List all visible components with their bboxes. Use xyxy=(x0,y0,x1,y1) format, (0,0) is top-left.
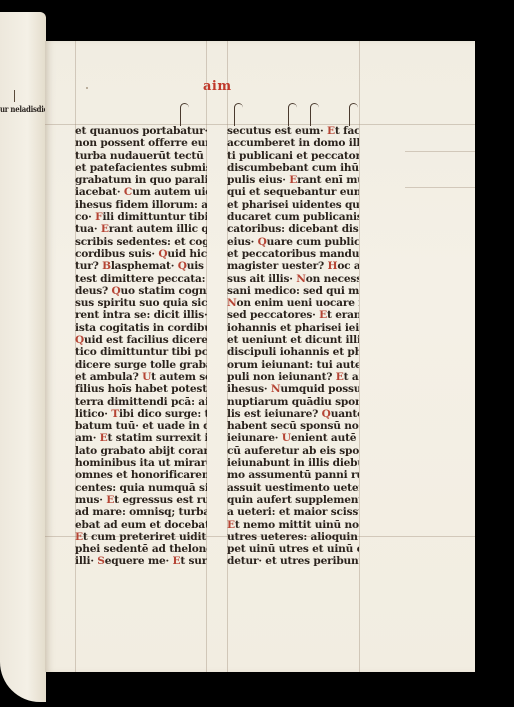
text-line: grabatum in quo paraliticus xyxy=(75,174,207,186)
text-line: sani medico: sed qui male habē· xyxy=(227,285,359,297)
text-line: tico dimittuntur tibi pcā: an xyxy=(75,346,207,358)
text-line: ista cogitatis in cordibus uris? xyxy=(75,322,207,334)
text-line: iacebat· Cum autem uidisset xyxy=(75,186,207,198)
text-line: pulis eius· Erant enī multi xyxy=(227,174,359,186)
text-line: orum ieiunant: tui autem disci xyxy=(227,359,359,371)
text-line: et peccatoribus manducat et bibit xyxy=(227,248,359,260)
ascender-flourish xyxy=(288,103,297,126)
text-line: co· Fili dimittuntur tibi peccata xyxy=(75,211,207,223)
text-line: Non enim ueni uocare iustos: xyxy=(227,297,359,309)
pricking-mark xyxy=(86,87,88,89)
text-line: omnes et honorificarent deū di xyxy=(75,469,207,481)
text-line: cordibus suis· Quid hic sic loq xyxy=(75,248,207,260)
ruling-line-horizontal xyxy=(405,151,475,152)
text-line: sus ait illis· Non necesse habē xyxy=(227,273,359,285)
ascender-flourish xyxy=(310,103,319,126)
text-line: non possent offerre eum illi p̄ xyxy=(75,137,207,149)
text-column-2: secutus est eum· Et factū est cūaccumber… xyxy=(227,125,359,568)
text-line: deus? Quo statim cognito ihe xyxy=(75,285,207,297)
text-column-1: et quanuos portabatur· Et cunon possent … xyxy=(75,125,207,568)
text-line: litico· Tibi dico surge: tolle g xyxy=(75,408,207,420)
text-line: detur· et utres peribunt· Sed ui xyxy=(227,555,359,567)
ascender-flourish xyxy=(234,103,243,126)
text-line: catoribus: dicebant discipulis xyxy=(227,223,359,235)
text-line: am· Et statim surrexit ille: et su xyxy=(75,432,207,444)
text-line: ieiunare· Uenient autē dies xyxy=(227,432,359,444)
text-line: discipuli iohannis et pharisei xyxy=(227,346,359,358)
manuscript-page: aim et quanuos portabatur· Et cunon poss… xyxy=(45,41,475,672)
text-line: secutus est eum· Et factū est cū xyxy=(227,125,359,137)
running-head: aim xyxy=(203,79,232,94)
text-line: test dimittere peccata: nisi solus xyxy=(75,273,207,285)
text-line: et ambula? Ut autem sciatis q̄a xyxy=(75,371,207,383)
text-line: batum tuū· et uade in domū tu xyxy=(75,420,207,432)
text-line: puli non ieiunant? Et ait illis xyxy=(227,371,359,383)
text-line: phei sedentē ad theloneū: et ait xyxy=(75,543,207,555)
text-line: nuptiarum quādiu sponsus cū il xyxy=(227,396,359,408)
text-line: filius hoīs habet potestatem in xyxy=(75,383,207,395)
text-line: a ueteri: et maior scissura fit· xyxy=(227,506,359,518)
ascender-mark xyxy=(14,90,15,102)
ruling-line-vertical xyxy=(359,41,360,672)
text-line: et ueniunt et dicunt illi· Quare xyxy=(227,334,359,346)
text-line: lis est ieiunare? Quanto tempore xyxy=(227,408,359,420)
text-line: habent secū sponsū non possunt xyxy=(227,420,359,432)
text-line: sed peccatores· Et erant discipuli xyxy=(227,309,359,321)
text-line: ihesus· Numquid possunt filii xyxy=(227,383,359,395)
text-line: ieiunabunt in illis diebus· Ne xyxy=(227,457,359,469)
text-line: tur? Blasphemat· Quis po xyxy=(75,260,207,272)
text-line: ur neladisdico xyxy=(0,104,46,114)
text-line: rent intra se: dicit illis· Quid xyxy=(75,309,207,321)
text-line: ebat ad eum et docebat eos· xyxy=(75,519,207,531)
text-line: eius· Quare cum publicanis xyxy=(227,236,359,248)
text-line: lato grabato abijt coram xyxy=(75,445,207,457)
left-page-text: ur neladisdicoEt accumbuam uro ludex Roa… xyxy=(0,104,36,116)
text-line: iohannis et pharisei ieiunantes: xyxy=(227,322,359,334)
text-line: ad mare: omnisq; turba ueni xyxy=(75,506,207,518)
text-line: et pharisei uidentes quia mā xyxy=(227,199,359,211)
text-line: turba nudauerūt tectū ubi erat: xyxy=(75,150,207,162)
text-line: qui et sequebantur eum· Et scribe xyxy=(227,186,359,198)
text-line: dicere surge tolle grabatum tuū xyxy=(75,359,207,371)
text-line: pet uinū utres et uinū effun xyxy=(227,543,359,555)
text-line: ihesus fidem illorum: ait paraliti xyxy=(75,199,207,211)
ascender-flourish xyxy=(349,103,358,126)
text-line: illi· Sequere me· Et surgens: xyxy=(75,555,207,567)
text-line: hominibus ita ut mirarentur xyxy=(75,457,207,469)
text-line: mus· Et egressus est rursus xyxy=(75,494,207,506)
text-line: Et nemo mittit uinū nouū in xyxy=(227,519,359,531)
text-line: et quanuos portabatur· Et cu xyxy=(75,125,207,137)
text-line: quin aufert supplementū noui xyxy=(227,494,359,506)
text-line: cū auferetur ab eis sponsus: et tū xyxy=(227,445,359,457)
text-line: Et cum preteriret uidit leui al xyxy=(75,531,207,543)
text-line: ti publicani et peccatores simul xyxy=(227,150,359,162)
text-line: mo assumentū panni rudis xyxy=(227,469,359,481)
text-line: et patefacientes submiserunt xyxy=(75,162,207,174)
text-line: terra dimittendi pcā: ait para xyxy=(75,396,207,408)
text-line: assuit uestimento ueteri· Alio xyxy=(227,482,359,494)
text-line: centes: quia numquā sic uidi xyxy=(75,482,207,494)
text-line: utres ueteres: alioquin dirū xyxy=(227,531,359,543)
text-line: Quid est facilius dicere parali xyxy=(75,334,207,346)
text-line: sus spiritu suo quia sic cogita xyxy=(75,297,207,309)
ruling-line-horizontal xyxy=(405,187,475,188)
text-line: tua· Erant autem illic quidā de xyxy=(75,223,207,235)
text-line: ducaret cum publicanis et p̄ xyxy=(227,211,359,223)
left-page-fragment: ur neladisdicoEt accumbuam uro ludex Roa… xyxy=(0,12,46,702)
text-line: magister uester? Hoc audito ihe xyxy=(227,260,359,272)
ascender-flourish xyxy=(180,103,189,126)
text-line: accumberet in domo illius: mul xyxy=(227,137,359,149)
text-line: scribis sedentes: et cogitantes i xyxy=(75,236,207,248)
text-line: discumbebant cum ihū et disci xyxy=(227,162,359,174)
